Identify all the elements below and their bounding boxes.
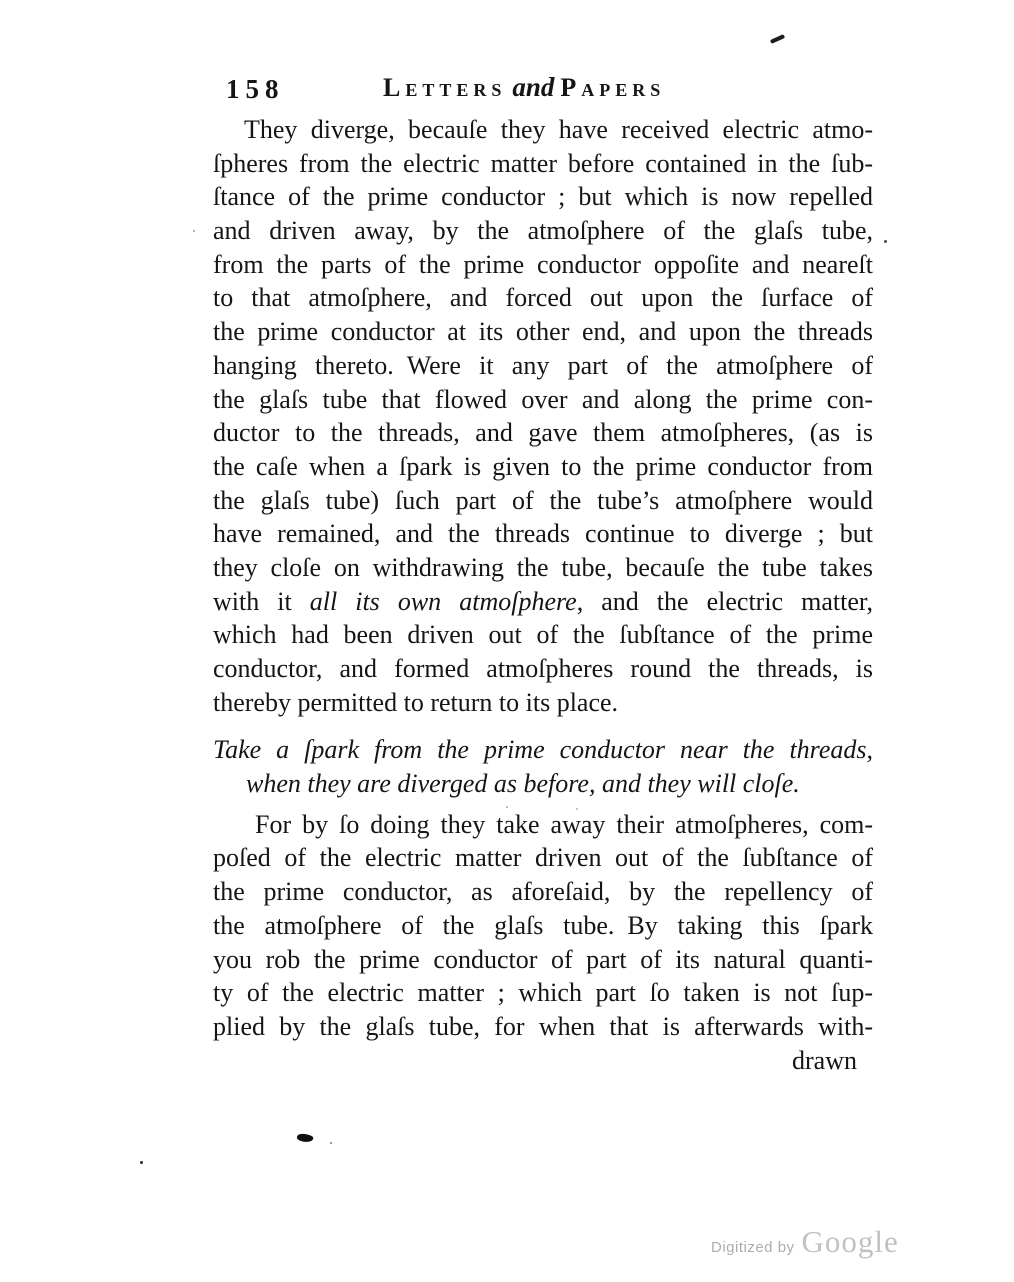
text-line: the caſe when a ſpark is given to the pr… [213, 450, 873, 484]
page-number: 158 [226, 74, 285, 105]
running-title: LettersandPapers [383, 72, 665, 103]
text-line: hanging thereto. Were it any part of the… [213, 349, 873, 383]
text-line: the glaſs tube) ſuch part of the tube’s … [213, 484, 873, 518]
text-line: They diverge, becauſe they have received… [213, 113, 873, 147]
text-line: ſtance of the prime conductor ; but whic… [213, 180, 873, 214]
text-segment: , and the electric matter, [577, 587, 873, 616]
paragraph-spark-explanation: For by ſo doing they take away their atm… [213, 808, 873, 1044]
text-line: ductor to the threads, and gave them atm… [213, 416, 873, 450]
text-line: ty of the electric matter ; which part ſ… [213, 976, 873, 1010]
italic-phrase: all its own atmoſphere [310, 587, 577, 616]
ink-smudge-artifact [296, 1132, 314, 1144]
running-title-word-papers: Papers [560, 73, 665, 102]
ink-speck [506, 806, 508, 808]
text-line: have remained, and the threads continue … [213, 517, 873, 551]
watermark-prefix: Digitized by [711, 1239, 795, 1256]
text-line: thereby permitted to return to its place… [213, 686, 873, 720]
text-block: They diverge, becauſe they have received… [213, 113, 873, 1077]
google-logo: Google [802, 1224, 899, 1260]
heading-line: Take a ſpark from the prime conductor ne… [213, 733, 873, 767]
text-line-mixed-italic: with it all its own atmoſphere, and the … [213, 585, 873, 619]
text-line: poſed of the electric matter driven out … [213, 841, 873, 875]
running-title-word-and: and [512, 72, 554, 102]
text-line: and driven away, by the atmoſphere of th… [213, 214, 873, 248]
text-line: the glaſs tube that flowed over and alon… [213, 383, 873, 417]
text-line: which had been driven out of the ſubſtan… [213, 618, 873, 652]
ink-stroke-artifact [770, 34, 785, 44]
text-line: they cloſe on withdrawing the tube, beca… [213, 551, 873, 585]
ink-speck [193, 230, 195, 232]
book-page: 158 LettersandPapers They diverge, becau… [0, 0, 1014, 1282]
text-line: to that atmoſphere, and forced out upon … [213, 281, 873, 315]
ink-speck [884, 240, 887, 243]
instruction-heading: Take a ſpark from the prime conductor ne… [213, 733, 873, 800]
paragraph-electric-atmospheres: They diverge, becauſe they have received… [213, 113, 873, 719]
text-line: the prime conductor, as aforeſaid, by th… [213, 875, 873, 909]
text-line: ſpheres from the electric matter before … [213, 147, 873, 181]
ink-speck [140, 1161, 143, 1164]
text-line: conductor, and formed atmoſpheres round … [213, 652, 873, 686]
text-line: For by ſo doing they take away their atm… [213, 808, 873, 842]
text-line: you rob the prime conductor of part of i… [213, 943, 873, 977]
text-line: the prime conductor at its other end, an… [213, 315, 873, 349]
text-line: the atmoſphere of the glaſs tube. By tak… [213, 909, 873, 943]
text-segment: with it [213, 587, 310, 616]
running-title-word-letters: Letters [383, 73, 506, 102]
text-line: plied by the glaſs tube, for when that i… [213, 1010, 873, 1044]
text-line: from the parts of the prime conductor op… [213, 248, 873, 282]
catchword: drawn [213, 1044, 873, 1078]
ink-speck [330, 1142, 332, 1144]
google-watermark: Digitized by Google [711, 1224, 899, 1260]
ink-speck [576, 808, 578, 810]
heading-line: when they are diverged as before, and th… [213, 767, 873, 801]
